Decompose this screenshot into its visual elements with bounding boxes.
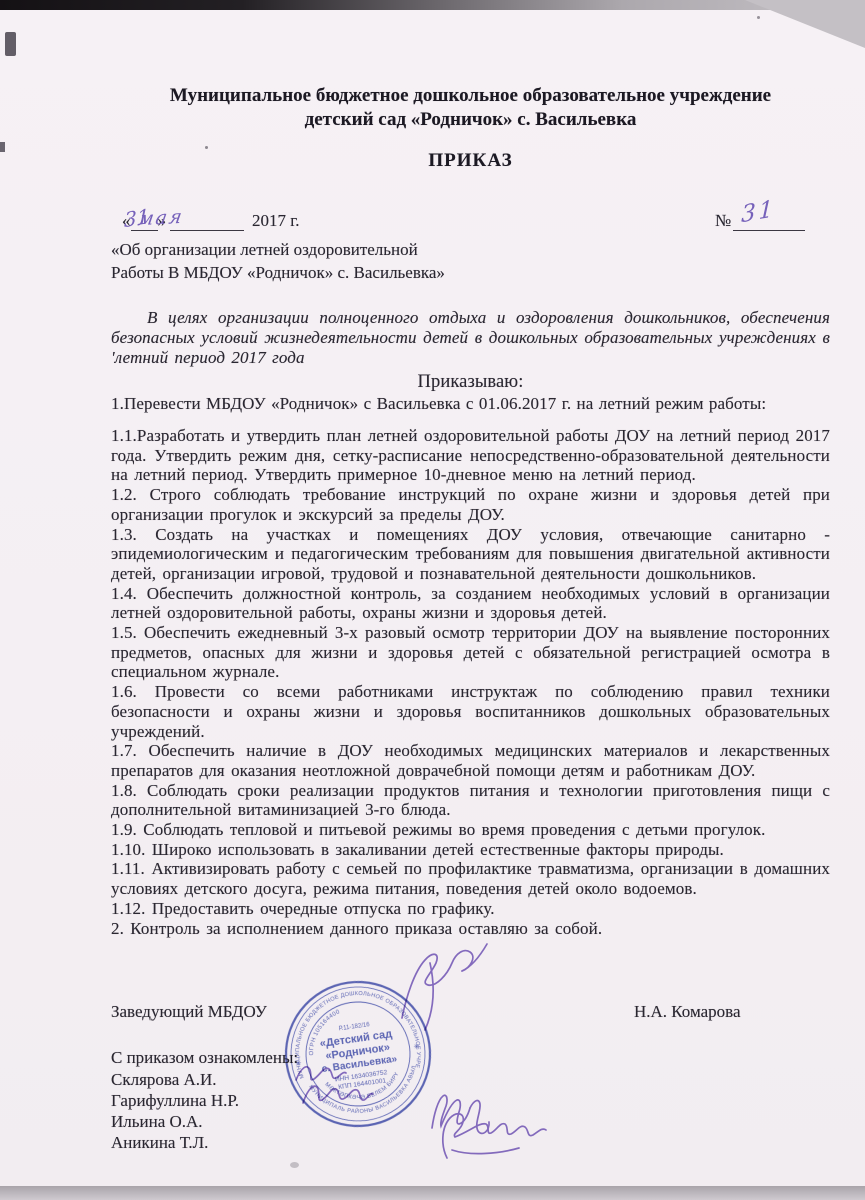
order-item: 1.3. Создать на участках и помещениях ДО… (111, 525, 830, 584)
order-item: 1.12. Предоставить очередные отпуска по … (111, 899, 830, 919)
org-name-line1: Муниципальное бюджетное дошкольное образ… (111, 84, 830, 108)
order-item: 1.9. Соблюдать тепловой и питьевой режим… (111, 820, 830, 840)
order-item: 1.1.Разработать и утвердить план летней … (111, 426, 830, 485)
signature-row: Заведующий МБДОУ Н.А. Комарова (111, 1002, 830, 1022)
order-item-1: 1.Перевести МБДОУ «Родничок» с Васильевк… (111, 394, 830, 414)
scan-edge-mark (5, 32, 16, 56)
scan-edge-bottom (0, 1186, 865, 1200)
order-item: 1.4. Обеспечить должностной контроль, за… (111, 584, 830, 623)
order-item: 1.5. Обеспечить ежедневный 3-х разовый о… (111, 623, 830, 682)
scan-speck (205, 146, 208, 149)
signer-position: Заведующий МБДОУ (111, 1002, 267, 1021)
subject-line1: «Об организации летней оздоровительной (111, 238, 830, 261)
order-item: 1.11. Активизировать работу с семьей по … (111, 859, 830, 898)
order-items-list: 1.1.Разработать и утвердить план летней … (111, 426, 830, 938)
number-sign: № (715, 211, 731, 230)
director-signature-tail (462, 944, 487, 971)
scan-edge-corner (745, 0, 865, 48)
handwritten-date-month: мая (136, 206, 185, 231)
order-subject: «Об организации летней оздоровительной Р… (111, 238, 830, 284)
org-letterhead: Муниципальное бюджетное дошкольное образ… (111, 84, 830, 132)
scanned-order-page: Муниципальное бюджетное дошкольное образ… (0, 0, 865, 1200)
org-name-line2: детский сад «Родничок» с. Васильевка (111, 108, 830, 132)
order-item: 1.10. Широко использовать в закаливании … (111, 840, 830, 860)
order-body: В целях организации полноценного отдыха … (111, 308, 830, 938)
scan-edge-mark (0, 142, 5, 152)
order-item: 1.7. Обеспечить наличие в ДОУ необходимы… (111, 741, 830, 780)
round-stamp: МУНИЦИПАЛЬНОЕ БЮДЖЕТНОЕ ДОШКОЛЬНОЕ ОБРАЗ… (267, 963, 450, 1146)
order-item: 1.2. Строго соблюдать требование инструк… (111, 485, 830, 524)
date-number-row: «»2017 г. № (111, 211, 830, 237)
scan-speck (290, 1162, 299, 1168)
scan-speck (757, 16, 760, 19)
stamp-star-right-icon: ✳ (413, 1042, 420, 1051)
date-year: 2017 г. (252, 211, 300, 230)
order-item: 1.6. Провести со всеми работниками инстр… (111, 682, 830, 741)
preamble-paragraph: В целях организации полноценного отдыха … (111, 308, 830, 368)
scan-edge-top (0, 0, 865, 10)
subject-line2: Работы В МБДОУ «Родничок» с. Васильевка» (111, 261, 830, 284)
order-item: 2. Контроль за исполнением данного прика… (111, 919, 830, 939)
resolution-word: Приказываю: (111, 370, 830, 394)
signer-name: Н.А. Комарова (634, 1002, 741, 1022)
document-type-title: ПРИКАЗ (111, 150, 830, 172)
stamp-star-left-icon: ✳ (295, 1059, 302, 1068)
order-item: 1.8. Соблюдать сроки реализации продукто… (111, 781, 830, 820)
